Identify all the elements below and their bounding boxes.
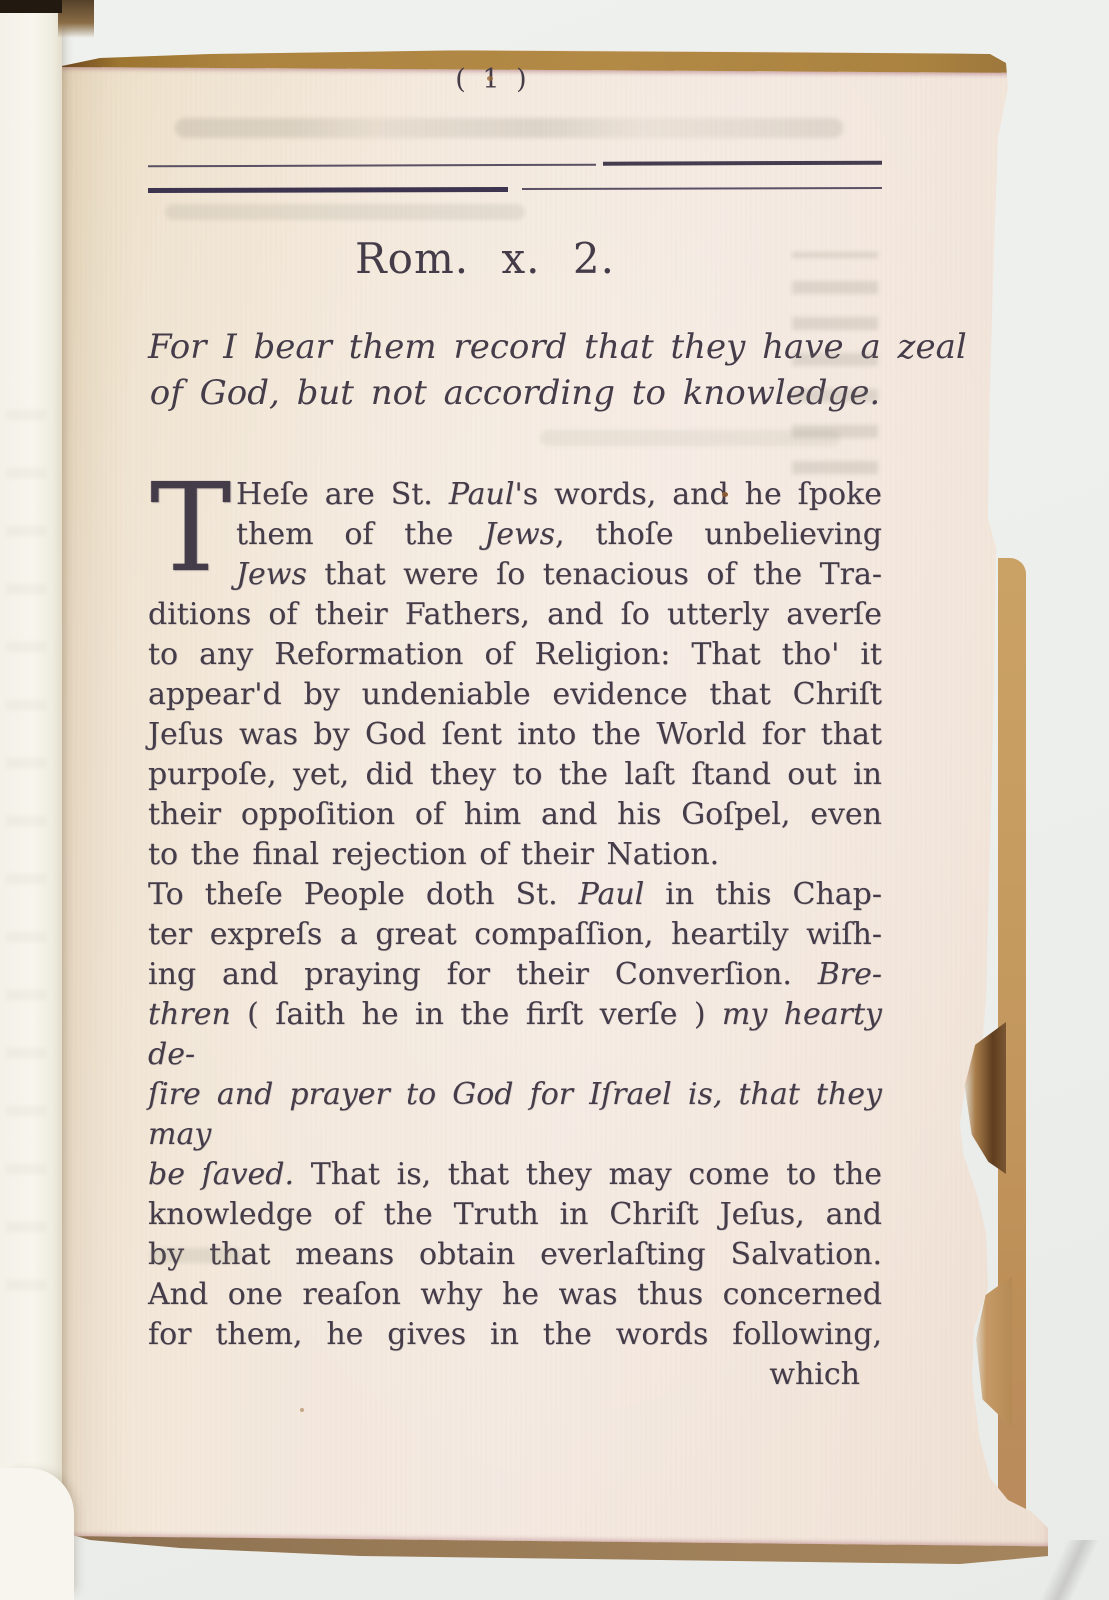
stain-speck [487, 76, 493, 81]
rule-segment [522, 187, 882, 190]
stain-speck [300, 1408, 304, 1412]
printed-content: ( 1 ) Rom. x. 2. For I bear them record … [148, 48, 882, 1570]
drop-cap: T [150, 480, 230, 592]
stain-speck [722, 492, 728, 497]
sermon-body: T Heſe are St. Paul's words, and he ſpok… [148, 475, 882, 1395]
page-number: ( 1 ) [126, 64, 860, 95]
double-rule-top [148, 161, 882, 170]
rule-segment [148, 164, 596, 168]
double-rule-bottom [148, 186, 882, 194]
book-photo: { "page": { "folio": "( 1 )", "heading":… [0, 0, 1109, 1600]
rule-segment [148, 187, 508, 193]
book-page: ( 1 ) Rom. x. 2. For I bear them record … [60, 48, 1052, 1570]
flyleaf-edge [0, 10, 62, 1600]
cover-corner-dark [0, 0, 62, 13]
flyleaf-showthrough [6, 390, 46, 1290]
cover-corner-shadow [58, 0, 94, 38]
rule-segment [603, 161, 882, 166]
paragraph-lines: To theſe People doth St. Paul in this Ch… [148, 875, 882, 1355]
catchword: which [148, 1355, 882, 1395]
paragraph-lines: Heſe are St. Paul's words, and he ſpoket… [148, 475, 882, 875]
flyleaf-bottom-curve [0, 1468, 74, 1600]
sermon-paragraph-2: To theſe People doth St. Paul in this Ch… [148, 875, 882, 1395]
scripture-reference: Rom. x. 2. [118, 234, 852, 283]
verse-epigraph: For I bear them record that they have a … [148, 324, 882, 416]
sermon-paragraph-1: T Heſe are St. Paul's words, and he ſpok… [148, 475, 882, 875]
